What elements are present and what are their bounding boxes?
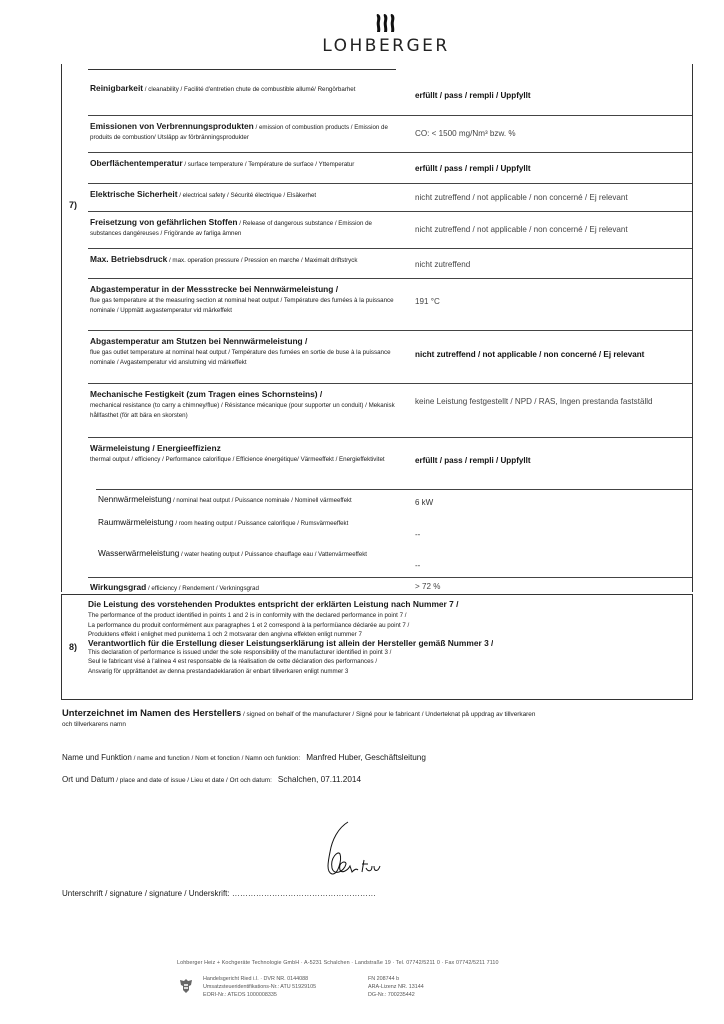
signoff-heading-rest: / signed on behalf of the manufacturer /… (241, 711, 535, 718)
heat-output-label-de: Wasserwärmeleistung (98, 548, 179, 558)
criteria-label-de: Mechanische Festigkeit (zum Tragen eines… (90, 389, 322, 399)
section-8-heading-1: Die Leistung des vorstehenden Produktes … (88, 598, 493, 611)
footer-line: Umsatzsteueridentifikations-Nr.: ATU 519… (203, 984, 316, 992)
place-date-line: Ort und Datum / place and date of issue … (62, 775, 361, 784)
criteria-label-translations: mechanical resistance (to carry a chimne… (90, 402, 395, 419)
criteria-label-translations: / cleanability / Facilité d'entretien ch… (143, 86, 355, 93)
criteria-label: Freisetzung von gefährlichen Stoffen / R… (90, 216, 405, 239)
signature-line: Unterschrift / signature / signature / U… (62, 889, 376, 898)
signoff-heading-rest2: och tillverkarens namn (62, 721, 126, 728)
name-function-line: Name und Funktion / name and function / … (62, 753, 426, 762)
section-7-number: 7) (69, 200, 77, 210)
footer-registry-col1: Handelsgericht Ried i.I. · DVR NR. 01440… (203, 976, 316, 999)
criteria-row: Abgastemperatur am Stutzen bei Nennwärme… (88, 330, 692, 384)
heat-output-row: Nennwärmeleistung / nominal heat output … (98, 493, 388, 506)
criteria-value: erfüllt / pass / rempli / Uppfyllt (415, 455, 695, 467)
criteria-value: nicht zutreffend / not applicable / non … (415, 192, 695, 204)
efficiency-label-translations: / efficiency / Rendement / Verkningsgrad (146, 585, 259, 592)
criteria-value: 191 °C (415, 296, 695, 308)
criteria-label-de: Abgastemperatur in der Messstrecke bei N… (90, 284, 338, 294)
criteria-label-translations: / surface temperature / Température de s… (183, 161, 355, 168)
criteria-label: Reinigbarkeit / cleanability / Facilité … (90, 82, 405, 95)
signature-image (318, 820, 398, 878)
criteria-row: Elektrische Sicherheit / electrical safe… (88, 183, 692, 212)
criteria-label-translations: thermal output / efficiency / Performanc… (90, 456, 385, 463)
criteria-label: Max. Betriebsdruck / max. operation pres… (90, 253, 405, 266)
signoff-heading: Unterzeichnet im Namen des Herstellers /… (62, 705, 704, 731)
efficiency-label: Wirkungsgrad / efficiency / Rendement / … (90, 581, 405, 594)
place-value: Schalchen, 07.11.2014 (278, 775, 361, 784)
criteria-row: Wärmeleistung / Energieeffizienzthermal … (88, 437, 692, 490)
section-8-heading-2: Verantwortlich für die Erstellung dieser… (88, 640, 493, 648)
criteria-row: Reinigbarkeit / cleanability / Facilité … (88, 78, 692, 115)
criteria-label: Abgastemperatur am Stutzen bei Nennwärme… (90, 335, 405, 367)
section-8-line: Ansvarig för upprättandet av denna prest… (88, 667, 493, 677)
flame-stripes-icon (374, 12, 398, 34)
brand-logo: LOHBERGER (316, 12, 456, 56)
efficiency-value: > 72 % (415, 581, 695, 593)
criteria-label-de: Reinigbarkeit (90, 83, 143, 93)
heat-output-label-translations: / water heating output / Puissance chauf… (179, 551, 367, 558)
criteria-value: nicht zutreffend / not applicable / non … (415, 349, 695, 361)
criteria-label-translations: flue gas outlet temperature at nominal h… (90, 349, 391, 366)
criteria-label: Elektrische Sicherheit / electrical safe… (90, 188, 405, 201)
footer-line: FN 208744 b (368, 976, 424, 984)
place-label-rest: / place and date of issue / Lieu et date… (114, 777, 271, 784)
heat-output-value: -- (415, 561, 420, 570)
criteria-label-translations: / electrical safety / Sécurité électriqu… (178, 192, 317, 199)
criteria-row: Emissionen von Verbrennungsprodukten / e… (88, 115, 692, 153)
name-label-rest: / name and function / Nom et fonction / … (132, 755, 300, 762)
criteria-value: CO: < 1500 mg/Nm³ bzw. % (415, 128, 695, 140)
criteria-label-de: Emissionen von Verbrennungsprodukten (90, 121, 254, 131)
criteria-row: Freisetzung von gefährlichen Stoffen / R… (88, 211, 692, 249)
criteria-value: nicht zutreffend / not applicable / non … (415, 224, 695, 236)
efficiency-label-de: Wirkungsgrad (90, 582, 146, 592)
signoff-heading-de: Unterzeichnet im Namen des Herstellers (62, 707, 241, 718)
section-8-line: Produktens effekt i enlighet med punkter… (88, 630, 493, 640)
section-8-line: The performance of the product identifie… (88, 611, 493, 621)
footer-line: DG-Nr.: 700235442 (368, 992, 424, 1000)
name-label-de: Name und Funktion (62, 753, 132, 762)
section-8-line: Seul le fabricant visé à l'alinea 4 est … (88, 657, 493, 667)
criteria-label: Mechanische Festigkeit (zum Tragen eines… (90, 388, 405, 420)
austrian-eagle-icon (179, 978, 193, 994)
criteria-value: erfüllt / pass / rempli / Uppfyllt (415, 163, 695, 175)
criteria-row: Oberflächentemperatur / surface temperat… (88, 152, 692, 184)
criteria-value: keine Leistung festgestellt / NPD / RAS,… (415, 396, 695, 408)
signature-label: Unterschrift / signature / signature / U… (62, 889, 376, 898)
footer-line: Handelsgericht Ried i.I. · DVR NR. 01440… (203, 976, 316, 984)
footer-line: ARA-Lizenz NR. 13144 (368, 984, 424, 992)
brand-name: LOHBERGER (316, 36, 456, 56)
criteria-value: nicht zutreffend (415, 259, 695, 271)
section-8-number: 8) (69, 642, 77, 652)
heat-output-value: -- (415, 530, 420, 539)
heat-output-label-de: Raumwärmeleistung (98, 517, 174, 527)
heat-output-value: 6 kW (415, 498, 433, 507)
criteria-row: Max. Betriebsdruck / max. operation pres… (88, 248, 692, 279)
criteria-label: Wärmeleistung / Energieeffizienzthermal … (90, 442, 405, 465)
criteria-value: erfüllt / pass / rempli / Uppfyllt (415, 90, 695, 102)
place-label-de: Ort und Datum (62, 775, 114, 784)
criteria-label-de: Freisetzung von gefährlichen Stoffen (90, 217, 238, 227)
criteria-label-de: Wärmeleistung / Energieeffizienz (90, 443, 221, 453)
criteria-label: Emissionen von Verbrennungsprodukten / e… (90, 120, 405, 143)
criteria-row: Abgastemperatur in der Messstrecke bei N… (88, 278, 692, 331)
criteria-label-translations: flue gas temperature at the measuring se… (90, 297, 394, 314)
criteria-label-de: Oberflächentemperatur (90, 158, 183, 168)
criteria-label-de: Max. Betriebsdruck (90, 254, 167, 264)
heat-output-label-translations: / nominal heat output / Puissance nomina… (171, 497, 351, 504)
criteria-label-translations: / max. operation pressure / Pression en … (167, 257, 357, 264)
divider (96, 489, 692, 490)
criteria-row: Mechanische Festigkeit (zum Tragen eines… (88, 383, 692, 438)
criteria-label-de: Abgastemperatur am Stutzen bei Nennwärme… (90, 336, 307, 346)
criteria-label: Oberflächentemperatur / surface temperat… (90, 157, 405, 170)
heat-output-row: Raumwärmeleistung / room heating output … (98, 516, 388, 529)
footer-registry-col2: FN 208744 b ARA-Lizenz NR. 13144 DG-Nr.:… (368, 976, 424, 999)
heat-output-row: Wasserwärmeleistung / water heating outp… (98, 547, 388, 560)
efficiency-row: Wirkungsgrad / efficiency / Rendement / … (88, 577, 692, 593)
heat-output-label-translations: / room heating output / Puissance calori… (174, 520, 349, 527)
section-8-line: La performance du produit conformément a… (88, 621, 493, 631)
name-value: Manfred Huber, Geschäftsleitung (306, 753, 426, 762)
footer-line: EORI-Nr.: ATEOS 1000008335 (203, 992, 316, 1000)
footer-address: Lohberger Heiz + Kochgeräte Technologie … (177, 960, 499, 966)
criteria-label-de: Elektrische Sicherheit (90, 189, 178, 199)
divider (88, 69, 396, 70)
heat-output-label-de: Nennwärmeleistung (98, 494, 171, 504)
section-8-text: Die Leistung des vorstehenden Produktes … (88, 598, 493, 677)
section-8-line: This declaration of performance is issue… (88, 648, 493, 658)
criteria-label: Abgastemperatur in der Messstrecke bei N… (90, 283, 405, 315)
